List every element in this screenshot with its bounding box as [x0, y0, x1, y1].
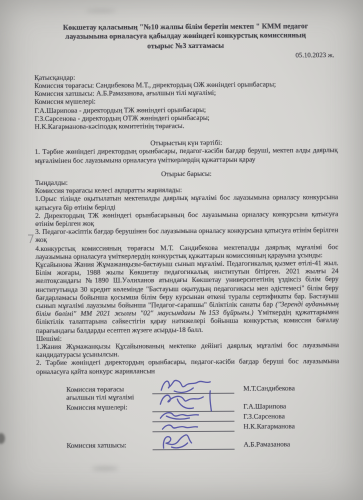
- signature-name: М.Т.Сандибекова: [243, 384, 295, 393]
- signature-line: [153, 440, 235, 450]
- signature-role: [66, 423, 152, 424]
- heard-section: Тыңдалды: Комиссия төрағасы келесі ақпар…: [35, 177, 339, 376]
- document-body: Көкшетау қаласының "№10 жалпы білім бере…: [34, 21, 340, 451]
- candidate-paragraph: Құсайынова Жания Жұмажанқызы-бастауыш сы…: [35, 259, 338, 335]
- decision-item: 1.Жания Жұмажанқызы Құсайынованың мектеп…: [36, 341, 339, 359]
- decision-item: 2. Тәрбие жөніндегі директордың орынбаса…: [36, 357, 339, 375]
- secretary-signature-icon: [157, 431, 231, 451]
- scan-edge-artifact: [0, 433, 5, 444]
- document-date: 05.10.2023 ж.: [34, 52, 337, 61]
- signature-row-secretary: Комиссия хатшысы: А.Б.Рамазанова: [67, 440, 340, 451]
- signature-role: Комиссия төрағасы ағылшын тілі мұғалімі: [66, 385, 152, 402]
- signature-role: Комиссия мүшелері:: [66, 403, 152, 412]
- scanned-protocol-document: Көкшетау қаласының "№10 жалпы білім бере…: [0, 0, 363, 500]
- signature-block: Комиссия төрағасы ағылшын тілі мұғалімі …: [36, 384, 339, 451]
- attendee-line: Н.К.Кагарманова-кәсіподақ комитетінің тө…: [35, 121, 338, 131]
- heard-item: 1.Орыс тілінде оқытылатын мектепалды дая…: [35, 193, 338, 211]
- signature-role: [66, 413, 152, 414]
- pencil-mark-icon: [27, 233, 35, 245]
- attendees-section: Қатысқандар: Комиссия төрағасы: Сандибек…: [34, 72, 337, 131]
- signature-name: Г.А.Шарипова: [243, 402, 286, 411]
- signature-name: А.Б.Рамазанова: [244, 440, 291, 449]
- heard-item: 3. Педагог-кәсіптік бағдар берушінен бос…: [35, 226, 338, 244]
- scan-smudge: [86, 9, 116, 13]
- signature-name: Г.З.Сарсенова: [243, 412, 284, 421]
- document-title: Көкшетау қаласының "№10 жалпы білім бере…: [34, 21, 337, 51]
- signature-name: Н.К.Кагарманова: [243, 422, 294, 431]
- chair-subrole-label: ағылшын тілі мұғалімі: [66, 393, 152, 402]
- agenda-item: 1. Тәрбие жөніндегі директордың орынбаса…: [35, 146, 338, 164]
- scan-smudge: [92, 466, 118, 471]
- signature-role: Комиссия хатшысы:: [67, 441, 153, 450]
- heard-item: 2. Директордың ТЖ жөніндегі орынбасарыны…: [35, 210, 338, 228]
- heard-item: 4.конкурстық комиссияның төрағасы М.Т. С…: [35, 243, 338, 261]
